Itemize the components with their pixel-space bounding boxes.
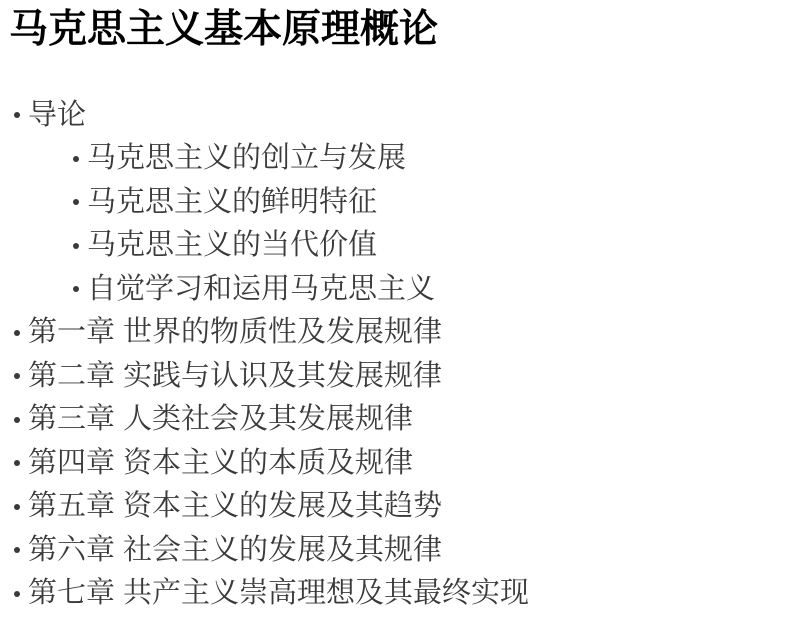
toc-subitem: 马克思主义的当代价值	[68, 224, 777, 268]
toc-item: 第六章 社会主义的发展及其规律	[9, 529, 777, 573]
toc-item-label: 第五章 资本主义的发展及其趋势	[28, 490, 442, 522]
bullet-icon	[14, 504, 20, 510]
toc-item-label: 导论	[28, 99, 86, 131]
toc-subitem-label: 马克思主义的鲜明特征	[87, 186, 377, 218]
document-page: 马克思主义基本原理概论 导论 马克思主义的创立与发展 马克思主义的鲜明特征 马克…	[0, 0, 787, 643]
bullet-icon	[14, 460, 20, 466]
toc-item: 第二章 实践与认识及其发展规律	[9, 355, 777, 399]
toc-item-label: 第一章 世界的物质性及发展规律	[28, 316, 442, 348]
toc-subitem-label: 自觉学习和运用马克思主义	[87, 273, 435, 305]
bullet-icon	[73, 156, 79, 162]
bullet-icon	[73, 199, 79, 205]
toc-item: 第三章 人类社会及其发展规律	[9, 398, 777, 442]
toc-subitem: 自觉学习和运用马克思主义	[68, 268, 777, 312]
bullet-icon	[14, 591, 20, 597]
toc-subitem-label: 马克思主义的创立与发展	[87, 142, 406, 174]
bullet-icon	[14, 112, 20, 118]
sub-outline-list: 马克思主义的创立与发展 马克思主义的鲜明特征 马克思主义的当代价值 自觉学习和运…	[28, 137, 777, 311]
bullet-icon	[14, 547, 20, 553]
bullet-icon	[73, 243, 79, 249]
page-title: 马克思主义基本原理概论	[9, 6, 777, 55]
toc-item: 第一章 世界的物质性及发展规律	[9, 311, 777, 355]
toc-item: 第四章 资本主义的本质及规律	[9, 442, 777, 486]
bullet-icon	[14, 373, 20, 379]
toc-subitem: 马克思主义的创立与发展	[68, 137, 777, 181]
toc-item-label: 第三章 人类社会及其发展规律	[28, 403, 413, 435]
toc-item: 导论 马克思主义的创立与发展 马克思主义的鲜明特征 马克思主义的当代价值 自觉学…	[9, 94, 777, 312]
toc-item-label: 第四章 资本主义的本质及规律	[28, 447, 413, 479]
bullet-icon	[14, 417, 20, 423]
toc-item: 第五章 资本主义的发展及其趋势	[9, 485, 777, 529]
toc-item: 第七章 共产主义崇高理想及其最终实现	[9, 572, 777, 616]
toc-item-label: 第六章 社会主义的发展及其规律	[28, 534, 442, 566]
bullet-icon	[14, 330, 20, 336]
toc-subitem-label: 马克思主义的当代价值	[87, 229, 377, 261]
toc-item-label: 第二章 实践与认识及其发展规律	[28, 360, 442, 392]
toc-subitem: 马克思主义的鲜明特征	[68, 181, 777, 225]
toc-item-label: 第七章 共产主义崇高理想及其最终实现	[28, 577, 529, 609]
outline-list: 导论 马克思主义的创立与发展 马克思主义的鲜明特征 马克思主义的当代价值 自觉学…	[9, 94, 777, 616]
bullet-icon	[73, 286, 79, 292]
